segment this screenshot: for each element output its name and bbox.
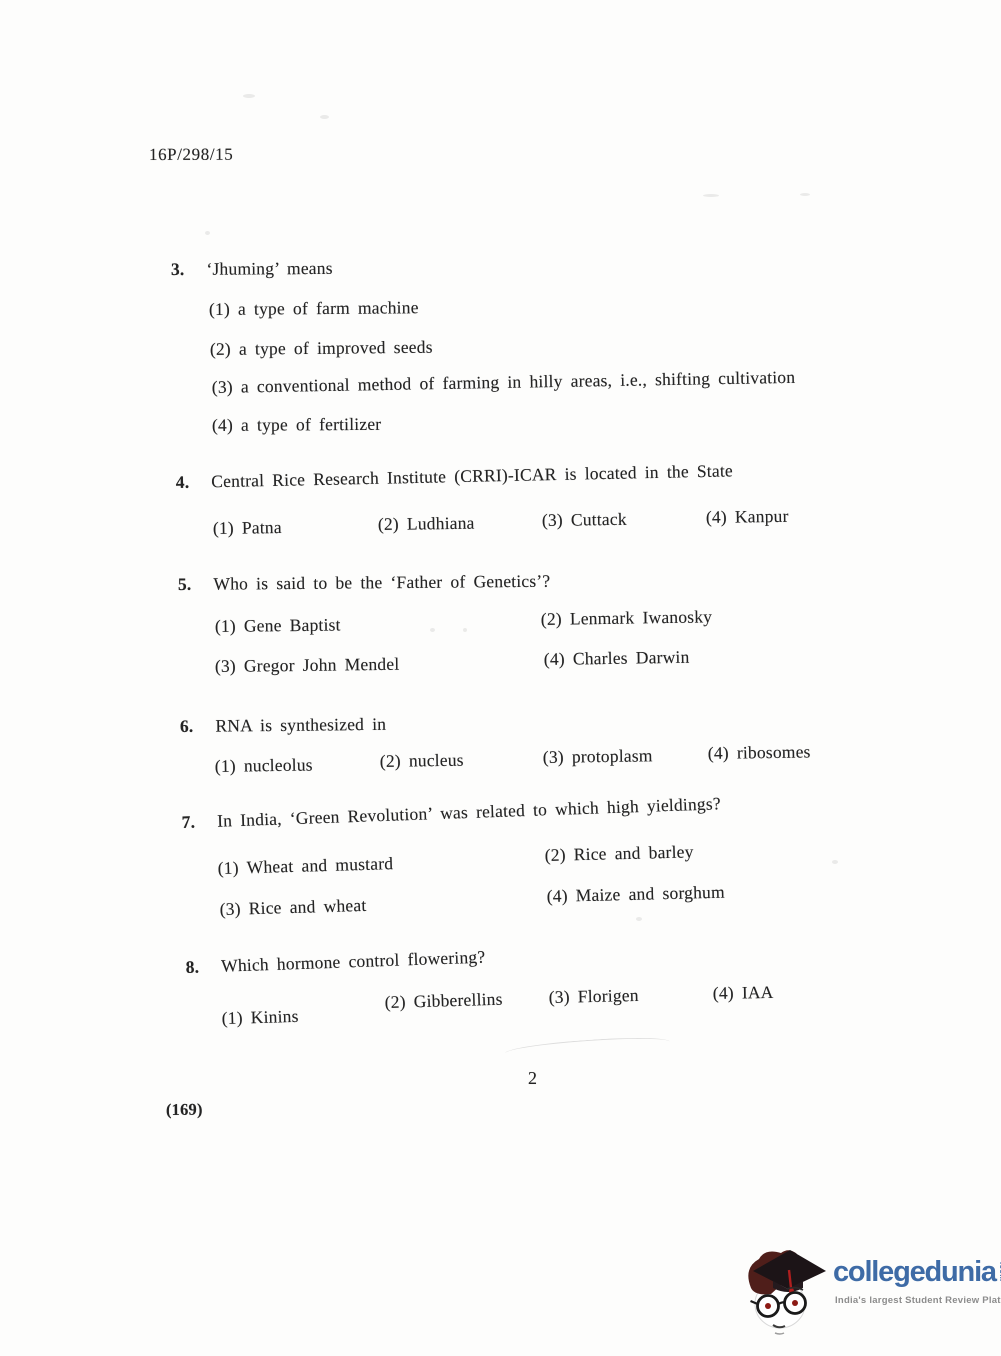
option-label: (1) xyxy=(217,857,239,878)
question-7-option-4: (4)Maize and sorghum xyxy=(547,882,726,906)
scanned-exam-page: 16P/298/15 3.‘Jhuming’ means (1)a type o… xyxy=(0,0,1001,1356)
question-text: ‘Jhuming’ means xyxy=(206,258,332,279)
question-text: RNA is synthesized in xyxy=(215,714,386,736)
option-label: (1) xyxy=(221,1007,243,1028)
question-5-option-2: (2)Lenmark Iwanosky xyxy=(541,606,713,629)
question-8-option-3: (3)Florigen xyxy=(549,985,639,1007)
question-text: Central Rice Research Institute (CRRI)-I… xyxy=(211,460,733,491)
question-8: 8.Which hormone control flowering? xyxy=(185,947,485,978)
question-number: 8. xyxy=(185,957,199,978)
question-7-option-3: (3)Rice and wheat xyxy=(219,895,366,919)
option-text: nucleolus xyxy=(244,754,313,775)
scan-artifact xyxy=(505,1034,671,1060)
scan-artifact xyxy=(243,94,255,98)
question-number: 7. xyxy=(181,812,195,833)
option-text: a type of improved seeds xyxy=(239,337,433,359)
option-text: Maize and sorghum xyxy=(576,882,726,906)
option-text: Patna xyxy=(242,517,282,538)
option-label: (4) xyxy=(706,507,727,527)
question-3-option-2: (2)a type of improved seeds xyxy=(210,337,433,359)
option-text: Rice and barley xyxy=(574,841,694,864)
question-4-option-1: (1)Patna xyxy=(213,517,282,538)
option-label: (3) xyxy=(215,656,236,676)
scan-artifact xyxy=(430,628,435,632)
option-label: (3) xyxy=(219,898,241,919)
scan-artifact xyxy=(636,917,642,921)
option-label: (2) xyxy=(378,514,399,534)
question-text: In India, ‘Green Revolution’ was related… xyxy=(217,793,721,831)
option-label: (1) xyxy=(209,299,230,319)
option-label: (3) xyxy=(542,510,563,530)
scan-artifact xyxy=(320,115,329,119)
question-5-option-3: (3)Gregor John Mendel xyxy=(215,654,400,676)
option-text: nucleus xyxy=(409,750,464,771)
question-6-option-3: (3)protoplasm xyxy=(543,745,653,767)
option-label: (3) xyxy=(543,747,564,767)
scan-artifact xyxy=(800,193,810,196)
option-text: a type of fertilizer xyxy=(241,414,381,435)
option-label: (2) xyxy=(545,844,567,865)
option-text: Cuttack xyxy=(571,509,627,530)
option-text: protoplasm xyxy=(572,745,653,766)
option-text: ribosomes xyxy=(737,741,811,762)
option-label: (4) xyxy=(212,415,233,435)
page-number: 2 xyxy=(528,1068,537,1089)
question-text: Who is said to be the ‘Father of Genetic… xyxy=(213,571,550,594)
question-6: 6.RNA is synthesized in xyxy=(180,714,386,736)
option-label: (2) xyxy=(541,609,562,629)
option-text: Florigen xyxy=(578,985,639,1006)
option-text: IAA xyxy=(742,982,774,1003)
question-3-option-3: (3)a conventional method of farming in h… xyxy=(212,367,796,397)
question-number: 3. xyxy=(171,259,185,279)
question-5: 5.Who is said to be the ‘Father of Genet… xyxy=(178,571,551,594)
option-label: (1) xyxy=(215,756,236,776)
option-label: (3) xyxy=(549,987,570,1008)
option-text: Ludhiana xyxy=(407,513,475,534)
option-text: Wheat and mustard xyxy=(246,853,393,877)
question-8-option-2: (2)Gibberellins xyxy=(384,989,502,1012)
option-label: (4) xyxy=(713,983,734,1003)
option-text: Kinins xyxy=(250,1006,298,1027)
question-3-option-1: (1)a type of farm machine xyxy=(209,297,419,319)
question-8-option-4: (4)IAA xyxy=(713,982,774,1003)
option-label: (4) xyxy=(708,743,729,763)
question-4-option-2: (2)Ludhiana xyxy=(378,513,475,534)
question-number: 4. xyxy=(176,472,190,492)
question-number: 5. xyxy=(178,574,192,594)
option-label: (4) xyxy=(544,649,565,669)
question-4: 4.Central Rice Research Institute (CRRI)… xyxy=(176,460,733,492)
scan-artifact xyxy=(463,628,467,632)
option-text: Gregor John Mendel xyxy=(244,654,400,676)
option-label: (2) xyxy=(210,339,231,359)
option-text: Kanpur xyxy=(735,506,789,527)
question-7: 7.In India, ‘Green Revolution’ was relat… xyxy=(181,793,721,832)
question-6-option-2: (2)nucleus xyxy=(380,750,464,771)
exam-code: 16P/298/15 xyxy=(149,145,233,165)
option-text: a conventional method of farming in hill… xyxy=(241,367,796,397)
option-text: Gibberellins xyxy=(413,989,502,1011)
question-5-option-4: (4)Charles Darwin xyxy=(544,647,690,669)
scan-artifact xyxy=(832,860,838,864)
question-4-option-3: (3)Cuttack xyxy=(542,509,627,530)
option-label: (1) xyxy=(215,616,236,636)
question-5-option-1: (1)Gene Baptist xyxy=(215,614,341,636)
option-label: (1) xyxy=(213,518,234,538)
question-text: Which hormone control flowering? xyxy=(221,947,486,976)
collegedunia-logo: collegedunia .com India's largest Studen… xyxy=(737,1242,1001,1342)
brand-text: collegedunia xyxy=(833,1256,996,1289)
question-3-option-4: (4)a type of fertilizer xyxy=(212,414,381,435)
collegedunia-mascot-icon xyxy=(737,1244,829,1336)
option-text: Gene Baptist xyxy=(244,614,341,635)
question-7-option-1: (1)Wheat and mustard xyxy=(217,853,393,878)
question-4-option-4: (4)Kanpur xyxy=(706,506,789,527)
option-text: Charles Darwin xyxy=(573,647,690,669)
option-text: Lenmark Iwanosky xyxy=(570,606,713,628)
question-6-option-4: (4)ribosomes xyxy=(708,741,811,763)
option-text: Rice and wheat xyxy=(248,895,366,918)
brand-tagline: India's largest Student Review Platform xyxy=(835,1295,1001,1306)
option-label: (2) xyxy=(380,751,401,771)
question-7-option-2: (2)Rice and barley xyxy=(545,841,694,865)
question-8-option-1: (1)Kinins xyxy=(221,1006,298,1028)
option-label: (3) xyxy=(212,377,233,397)
scan-artifact xyxy=(205,231,210,235)
question-3: 3.‘Jhuming’ means xyxy=(171,258,333,279)
question-number: 6. xyxy=(180,716,194,736)
option-text: a type of farm machine xyxy=(238,297,419,319)
booklet-code: (169) xyxy=(166,1101,203,1120)
option-label: (2) xyxy=(384,991,406,1012)
option-label: (4) xyxy=(547,885,569,906)
scan-artifact xyxy=(703,194,719,197)
question-6-option-1: (1)nucleolus xyxy=(215,754,313,776)
